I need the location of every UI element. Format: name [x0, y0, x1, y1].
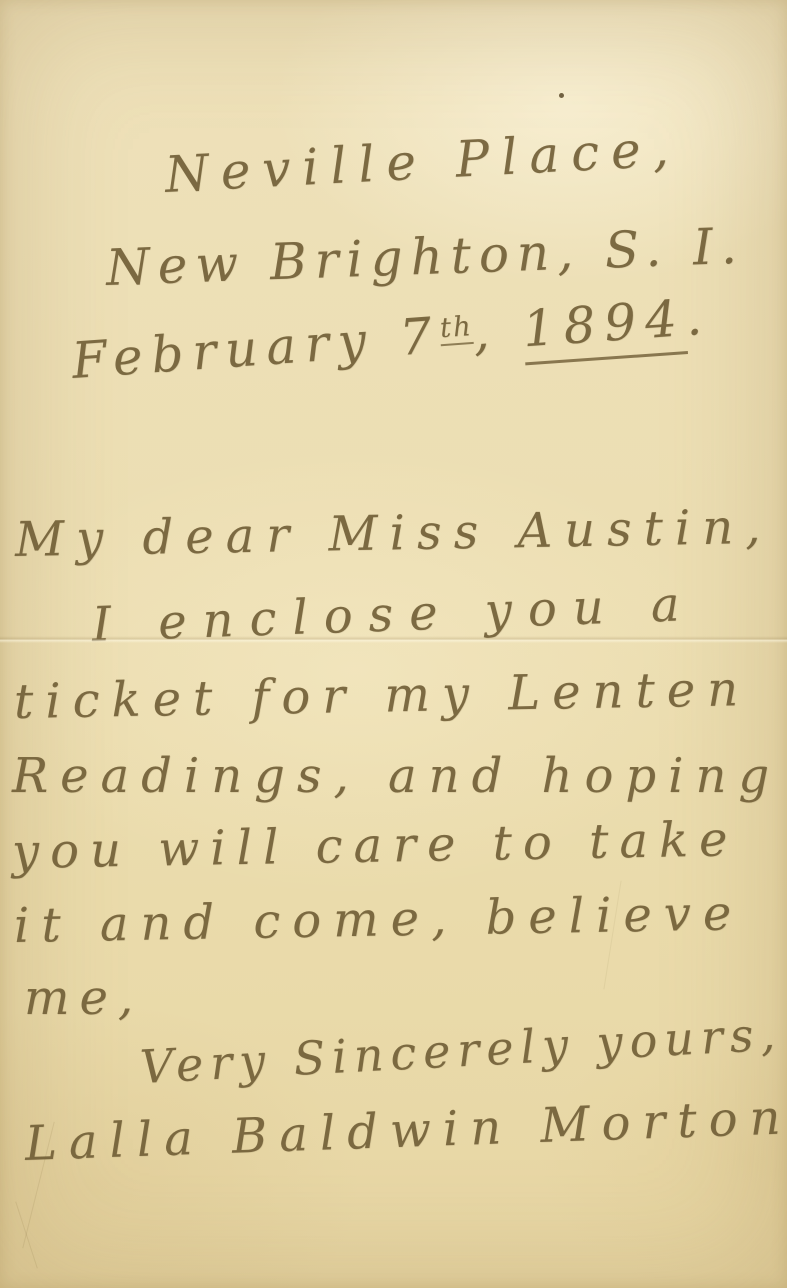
closing: Very Sincerely yours,: [139, 1010, 783, 1090]
date-prefix: February 7: [70, 306, 442, 390]
fold-crease: [0, 636, 787, 643]
date-ordinal-suffix: th: [439, 310, 474, 346]
date-year: 1894: [521, 289, 688, 365]
ink-speck: [559, 93, 564, 98]
body-line-4: you will care to take: [12, 815, 739, 876]
signature: Lalla Baldwin Morton.: [24, 1092, 787, 1168]
body-line-6: me,: [24, 974, 143, 1022]
address-line-2: New Brighton, S. I.: [105, 221, 745, 293]
address-line-1: Neville Place,: [164, 123, 682, 200]
body-line-5: it and come, believe: [14, 889, 744, 950]
date-line: February 7th, 1894.: [70, 291, 712, 386]
date-period: .: [684, 287, 713, 347]
letter-page: Neville Place, New Brighton, S. I. Febru…: [0, 0, 787, 1288]
salutation: My dear Miss Austin,: [15, 503, 773, 564]
date-comma: ,: [471, 301, 525, 362]
body-line-3: Readings, and hoping: [12, 752, 781, 800]
paper-wrinkle: [15, 1202, 38, 1269]
body-line-2: ticket for my Lenten: [14, 665, 751, 726]
